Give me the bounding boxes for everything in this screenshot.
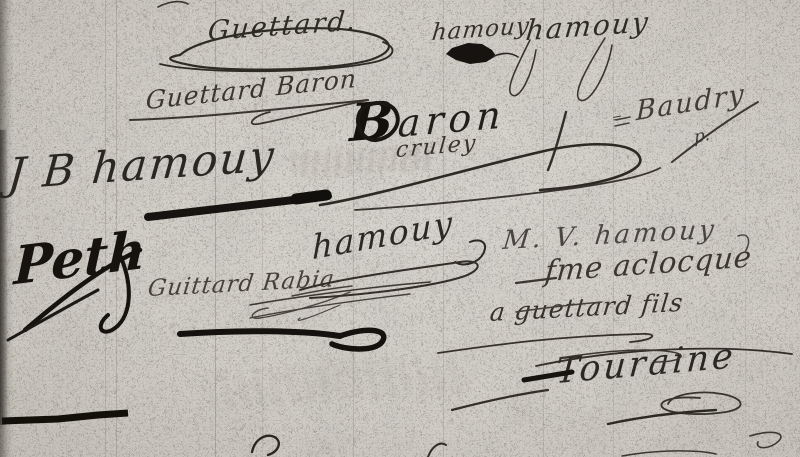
signature-jb-hamouy: J B hamouy bbox=[6, 131, 278, 200]
signature-fme-aclocque: fme aclocque bbox=[543, 239, 753, 288]
flourish-touraine-top-2 bbox=[560, 350, 681, 362]
flourish-top-edge bbox=[158, 2, 188, 7]
underline-guettard-baron bbox=[130, 100, 368, 120]
monogram-descender bbox=[101, 255, 129, 332]
bottom-partial-right bbox=[622, 451, 716, 456]
signature-a-guettard-fils: a guettard fils bbox=[488, 288, 685, 327]
monogram-stroke-1 bbox=[25, 250, 140, 330]
bottom-bar bbox=[2, 413, 128, 421]
dash-fme bbox=[516, 278, 556, 283]
paraph-hamouy-loop-3 bbox=[250, 294, 410, 318]
equals-mark: = bbox=[611, 110, 624, 127]
ruled-line bbox=[262, 0, 263, 457]
curl-rabia-2 bbox=[298, 305, 340, 320]
signature-baron-large: Baron bbox=[348, 80, 507, 154]
heavy-dash-touraine bbox=[524, 372, 572, 380]
monogram-stroke-2 bbox=[8, 290, 98, 340]
signature-hamouy-middle: hamouy bbox=[312, 203, 454, 268]
paraph-touraine-spiral bbox=[661, 392, 740, 414]
ruled-line bbox=[745, 0, 746, 457]
ink-blot-tail bbox=[494, 53, 518, 57]
underline-guettard-baron-loop bbox=[252, 100, 368, 124]
ink-bleedthrough bbox=[292, 144, 433, 177]
cross-stroke-baron bbox=[548, 112, 566, 170]
flourish-baron-grand-2 bbox=[355, 168, 660, 210]
underflourish-guettard-fils bbox=[438, 334, 652, 353]
ink-bleedthrough bbox=[209, 353, 461, 410]
paraph-touraine-stroke bbox=[608, 410, 716, 424]
ruled-line bbox=[613, 0, 614, 457]
ink-flourishes-layer bbox=[0, 0, 800, 457]
signature-baudry: Baudry bbox=[636, 78, 746, 127]
signature-guettard-top: Guettard. bbox=[207, 5, 359, 47]
ink-blot bbox=[446, 43, 496, 64]
ink-blot-baron-b bbox=[358, 103, 398, 140]
descender-loop-2 bbox=[578, 38, 612, 101]
ruled-line bbox=[353, 0, 354, 457]
flourish-touraine-top bbox=[536, 349, 792, 366]
signature-baudry-paraph: p. bbox=[693, 125, 710, 149]
descender-loop-1 bbox=[510, 40, 536, 96]
paraph-touraine-curl bbox=[750, 432, 781, 447]
flourish-baron-grand bbox=[320, 144, 640, 205]
bottom-partial-tick bbox=[428, 444, 446, 457]
paraph-hamouy-bold-hook bbox=[332, 330, 384, 349]
signature-touraine: Touraine bbox=[555, 336, 737, 392]
paper-grain-texture bbox=[0, 0, 800, 457]
strike-guettard-fils bbox=[516, 302, 602, 312]
tail-mv-hamouy bbox=[738, 235, 749, 252]
paraph-hamouy-loop-2 bbox=[250, 282, 430, 305]
signature-hamouy-top-2: hamouy bbox=[524, 5, 651, 47]
underline-jb-hamouy bbox=[148, 196, 328, 217]
scan-edge-shadow bbox=[0, 0, 13, 457]
curl-rabia-1 bbox=[252, 292, 350, 318]
ruled-line bbox=[116, 0, 117, 457]
paper-mottle-texture bbox=[0, 0, 800, 457]
signature-guittard-rabia: Guittard Rabia bbox=[146, 266, 336, 302]
signature-baron-paraph: cruley bbox=[395, 131, 478, 163]
flourish-oval-guettard-2 bbox=[160, 42, 392, 71]
signature-mv-hamouy: M. V. hamouy bbox=[501, 215, 718, 256]
manuscript-page: Guettard. hamouy hamouy Guettard Baron B… bbox=[0, 0, 800, 457]
equals-dashes bbox=[615, 117, 630, 126]
signature-peth-monogram: Peth bbox=[13, 219, 147, 297]
underline-jb-hamouy-blob bbox=[296, 195, 326, 199]
paraph-hamouy-loop-1 bbox=[300, 261, 478, 298]
ruled-line bbox=[543, 0, 544, 457]
lead-stroke-touraine bbox=[452, 390, 548, 410]
paraph-hamouy-bold-tail bbox=[180, 331, 340, 336]
strike-rabia bbox=[292, 286, 352, 296]
slash-baudry bbox=[672, 102, 758, 162]
ruled-line bbox=[443, 0, 444, 457]
signature-hamouy-top-1: hamouy bbox=[431, 13, 532, 46]
paraph-hamouy-6 bbox=[455, 240, 485, 264]
signature-guettard-baron: Guettard Baron bbox=[145, 64, 358, 115]
ruled-line bbox=[215, 0, 216, 457]
ruled-line bbox=[105, 0, 106, 457]
bottom-partial-b bbox=[252, 436, 279, 455]
paper-speck-texture bbox=[0, 0, 800, 457]
ink-bleedthrough bbox=[2, 248, 95, 269]
scan-edge-shadow-dark bbox=[0, 130, 8, 425]
flourish-oval-guettard bbox=[170, 28, 389, 69]
